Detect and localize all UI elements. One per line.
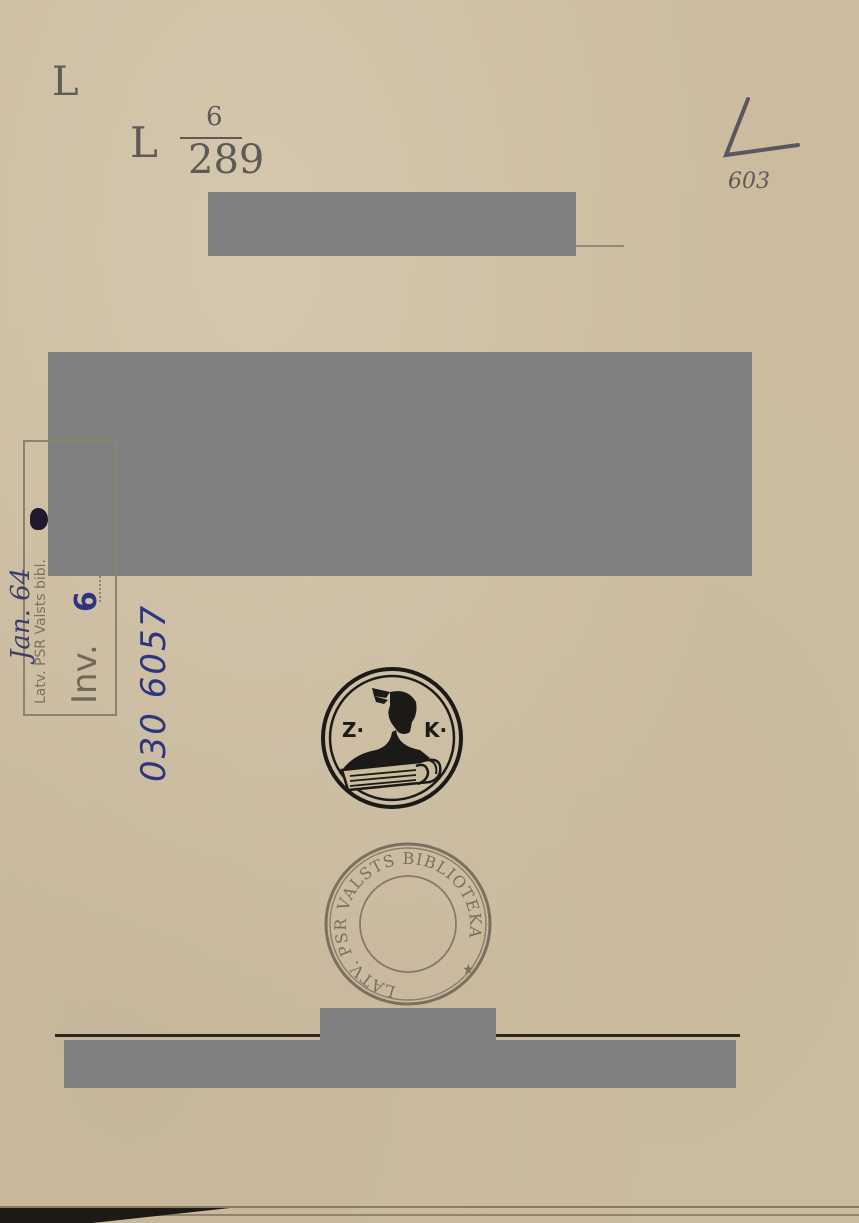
handwritten-accession-number: 030 6057 [134,604,174,782]
round-stamp-icon: LATV. PSR VALSTS BIBLIOTEKA ★ [322,840,494,1008]
handwritten-date: Jan. 64 [6,568,36,660]
redacted-title-block [48,352,752,576]
stamp-dotted-line [99,452,101,602]
emblem-letters-left: Z· [342,718,364,742]
redacted-title-top [208,192,576,256]
ink-blot [30,508,48,530]
page-bottom-edge [0,1206,859,1208]
star-icon: ★ [462,962,475,978]
emblem-letters-right: K· [424,718,447,742]
book-page: L L 6 289 603 Latv. PSR Valsts bibl. Inv… [0,0,859,1223]
redacted-footer-center [320,1008,496,1040]
checkmark-l-icon [720,95,810,165]
library-inventory-stamp: Latv. PSR Valsts bibl. Inv. 6 [23,440,117,716]
shelf-mark-numerator: 6 [206,104,223,130]
shelf-mark: L 6 289 [130,100,290,190]
round-library-stamp: LATV. PSR VALSTS BIBLIOTEKA ★ [322,840,494,1008]
pencil-mark-top-right: 603 [720,95,810,205]
page-bottom-edge-2 [150,1214,859,1216]
stamp-line-2: Inv. [65,644,105,704]
redacted-footer-line [64,1040,736,1088]
faint-pencil-line [576,245,624,247]
pencil-mark-top-left: L [52,62,79,102]
shelf-mark-denominator: 289 [188,140,264,180]
publisher-emblem: Z· K· [320,666,464,810]
shelf-mark-letter: L [130,122,158,164]
top-right-number: 603 [728,171,770,193]
